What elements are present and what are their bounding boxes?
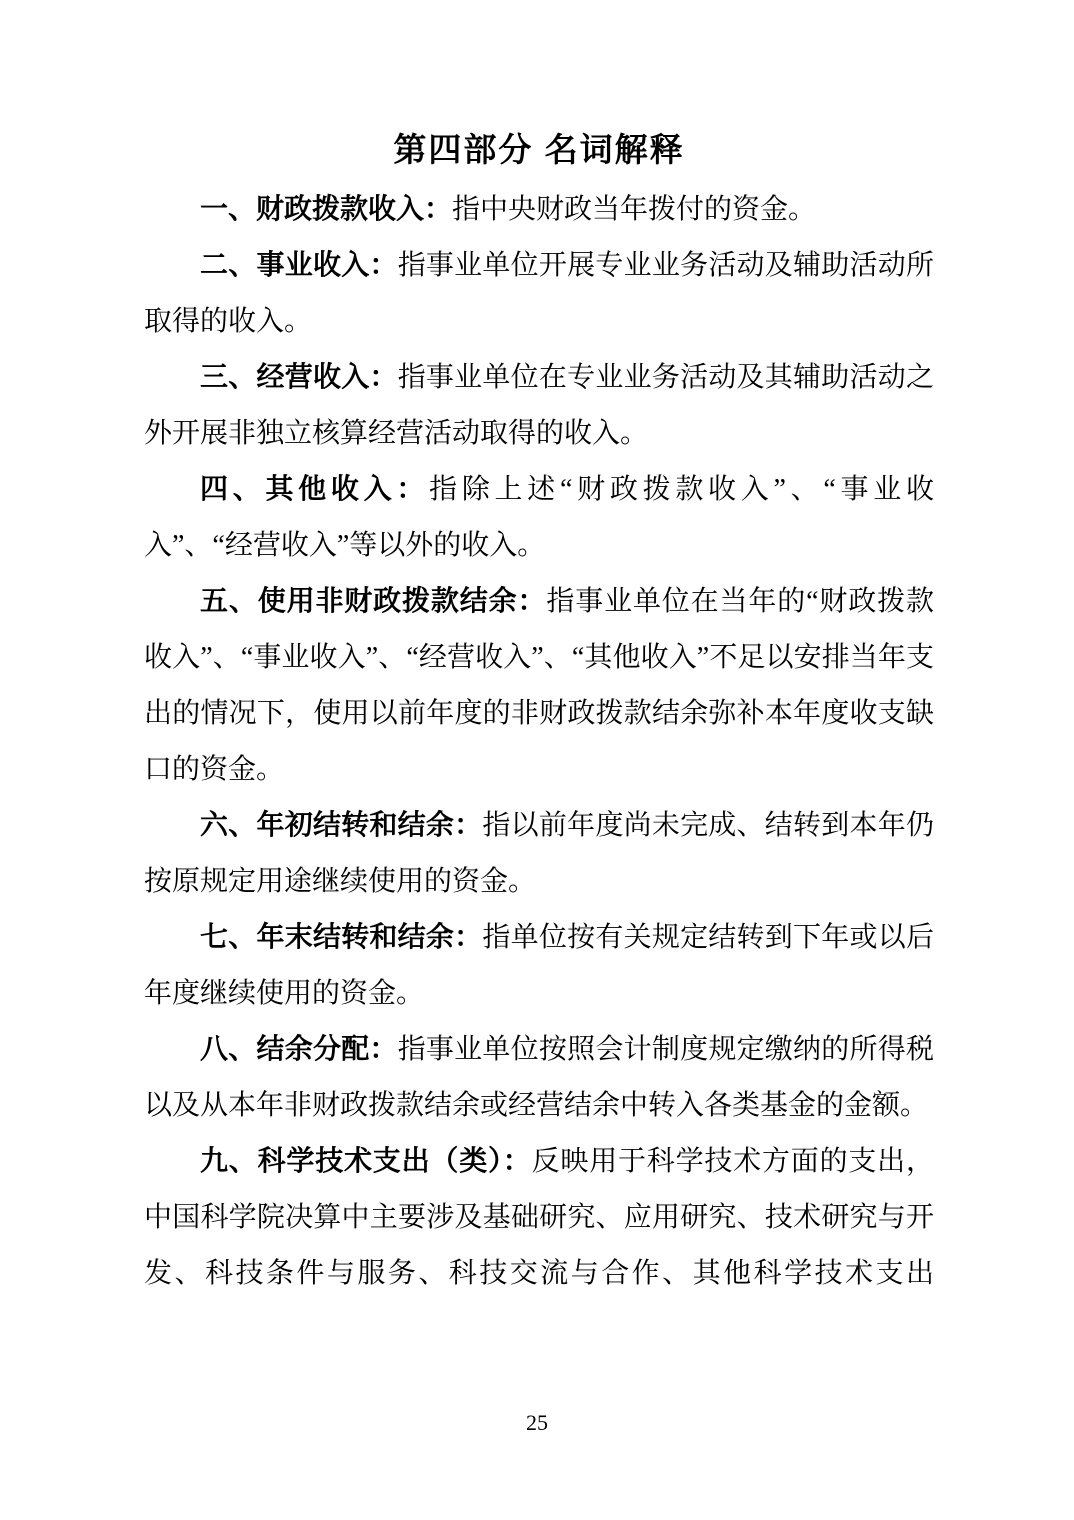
term-label-5: 五、使用非财政拨款结余： (200, 586, 546, 617)
term-label-9: 九、科学技术支出（类）： (200, 1146, 532, 1177)
definition-item-2: 二、事业收入：指事业单位开展专业业务活动及辅助活动所取得的收入。 (144, 238, 934, 350)
definition-item-6: 六、年初结转和结余：指以前年度尚未完成、结转到本年仍按原规定用途继续使用的资金。 (144, 798, 934, 910)
page-number: 25 (0, 1408, 1074, 1438)
section-title: 第四部分 名词解释 (144, 126, 934, 174)
definition-item-3: 三、经营收入：指事业单位在专业业务活动及其辅助活动之外开展非独立核算经营活动取得… (144, 350, 934, 462)
definition-item-1: 一、财政拨款收入：指中央财政当年拨付的资金。 (144, 182, 934, 238)
definition-item-8: 八、结余分配：指事业单位按照会计制度规定缴纳的所得税以及从本年非财政拨款结余或经… (144, 1022, 934, 1134)
term-label-8: 八、结余分配： (200, 1034, 398, 1065)
term-definition-1: 指中央财政当年拨付的资金。 (452, 194, 816, 225)
document-content: 第四部分 名词解释 一、财政拨款收入：指中央财政当年拨付的资金。 二、事业收入：… (144, 126, 934, 1302)
term-label-1: 一、财政拨款收入： (200, 194, 452, 225)
definition-item-5: 五、使用非财政拨款结余：指事业单位在当年的“财政拨款收入”、“事业收入”、“经营… (144, 574, 934, 798)
term-label-4: 四、其他收入： (200, 474, 429, 505)
term-label-2: 二、事业收入： (200, 250, 398, 281)
definition-item-7: 七、年末结转和结余：指单位按有关规定结转到下年或以后年度继续使用的资金。 (144, 910, 934, 1022)
definition-item-4: 四、其他收入：指除上述“财政拨款收入”、“事业收入”、“经营收入”等以外的收入。 (144, 462, 934, 574)
definition-item-9: 九、科学技术支出（类）：反映用于科学技术方面的支出，中国科学院决算中主要涉及基础… (144, 1134, 934, 1302)
document-page: 第四部分 名词解释 一、财政拨款收入：指中央财政当年拨付的资金。 二、事业收入：… (0, 0, 1074, 1520)
term-label-7: 七、年末结转和结余： (200, 922, 482, 953)
term-label-6: 六、年初结转和结余： (200, 810, 482, 841)
term-label-3: 三、经营收入： (200, 362, 398, 393)
